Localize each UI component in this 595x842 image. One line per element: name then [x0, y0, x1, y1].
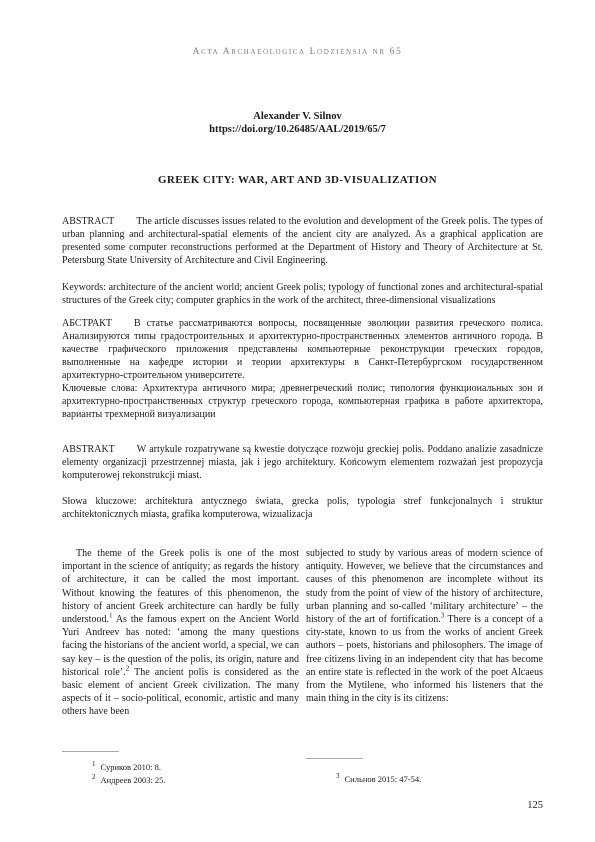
footnote-number: 2 — [92, 773, 96, 781]
abstract-russian-label: АБСТРАКТ — [62, 318, 112, 329]
abstract-polish-label: ABSTRAKT — [62, 444, 115, 455]
footnote-separator-left — [62, 751, 119, 752]
abstract-polish: ABSTRAKTW artykule rozpatrywane są kwest… — [62, 443, 543, 482]
doi-text: https://doi.org/10.26485/AAL/2019/65/7 — [0, 123, 595, 136]
footnote: 3Сильнов 2015: 47-54. — [306, 773, 543, 786]
footnote-separator-right — [306, 758, 363, 759]
abstract-russian: АБСТРАКТВ статье рассматриваются вопросы… — [62, 317, 543, 382]
footnote-text: Андреев 2003: 25. — [101, 775, 166, 785]
author-name: Alexander V. Silnov — [0, 110, 595, 123]
footnote-text: Сильнов 2015: 47-54. — [345, 774, 422, 784]
footnote-number: 1 — [92, 760, 96, 768]
keywords-polish: Słowa kluczowe: architektura antycznego … — [62, 495, 543, 521]
body-column-right: subjected to study by various areas of m… — [306, 547, 543, 705]
abstract-polish-text: W artykule rozpatrywane są kwestie dotyc… — [62, 444, 543, 481]
body-column-left: The theme of the Greek polis is one of t… — [62, 547, 299, 719]
author-block: Alexander V. Silnov https://doi.org/10.2… — [0, 110, 595, 136]
journal-header: Acta Archaeologica Lodziensia nr 65 — [0, 47, 595, 57]
body-paragraph-right: subjected to study by various areas of m… — [306, 547, 543, 705]
keywords-english: Keywords: architecture of the ancient wo… — [62, 281, 543, 307]
paper-page: Acta Archaeologica Lodziensia nr 65 Alex… — [0, 0, 595, 842]
footnote-text: Суриков 2010: 8. — [101, 762, 161, 772]
keywords-russian: Ключевые слова: Архитектура античного ми… — [62, 382, 543, 421]
footnotes-right: 3Сильнов 2015: 47-54. — [306, 773, 543, 786]
abstract-english-label: ABSTRACT — [62, 216, 114, 227]
footnotes-left: 1Суриков 2010: 8. 2Андреев 2003: 25. — [62, 761, 299, 787]
abstract-english-text: The article discusses issues related to … — [62, 216, 543, 266]
abstract-english: ABSTRACTThe article discusses issues rel… — [62, 215, 543, 267]
footnote: 1Суриков 2010: 8. — [62, 761, 299, 774]
body-paragraph-left: The theme of the Greek polis is one of t… — [62, 547, 299, 719]
footnote: 2Андреев 2003: 25. — [62, 774, 299, 787]
page-number: 125 — [527, 800, 543, 811]
footnote-number: 3 — [336, 772, 340, 780]
abstract-russian-text: В статье рассматриваются вопросы, посвящ… — [62, 318, 543, 381]
article-title: GREEK CITY: WAR, ART AND 3D-VISUALIZATIO… — [0, 174, 595, 186]
